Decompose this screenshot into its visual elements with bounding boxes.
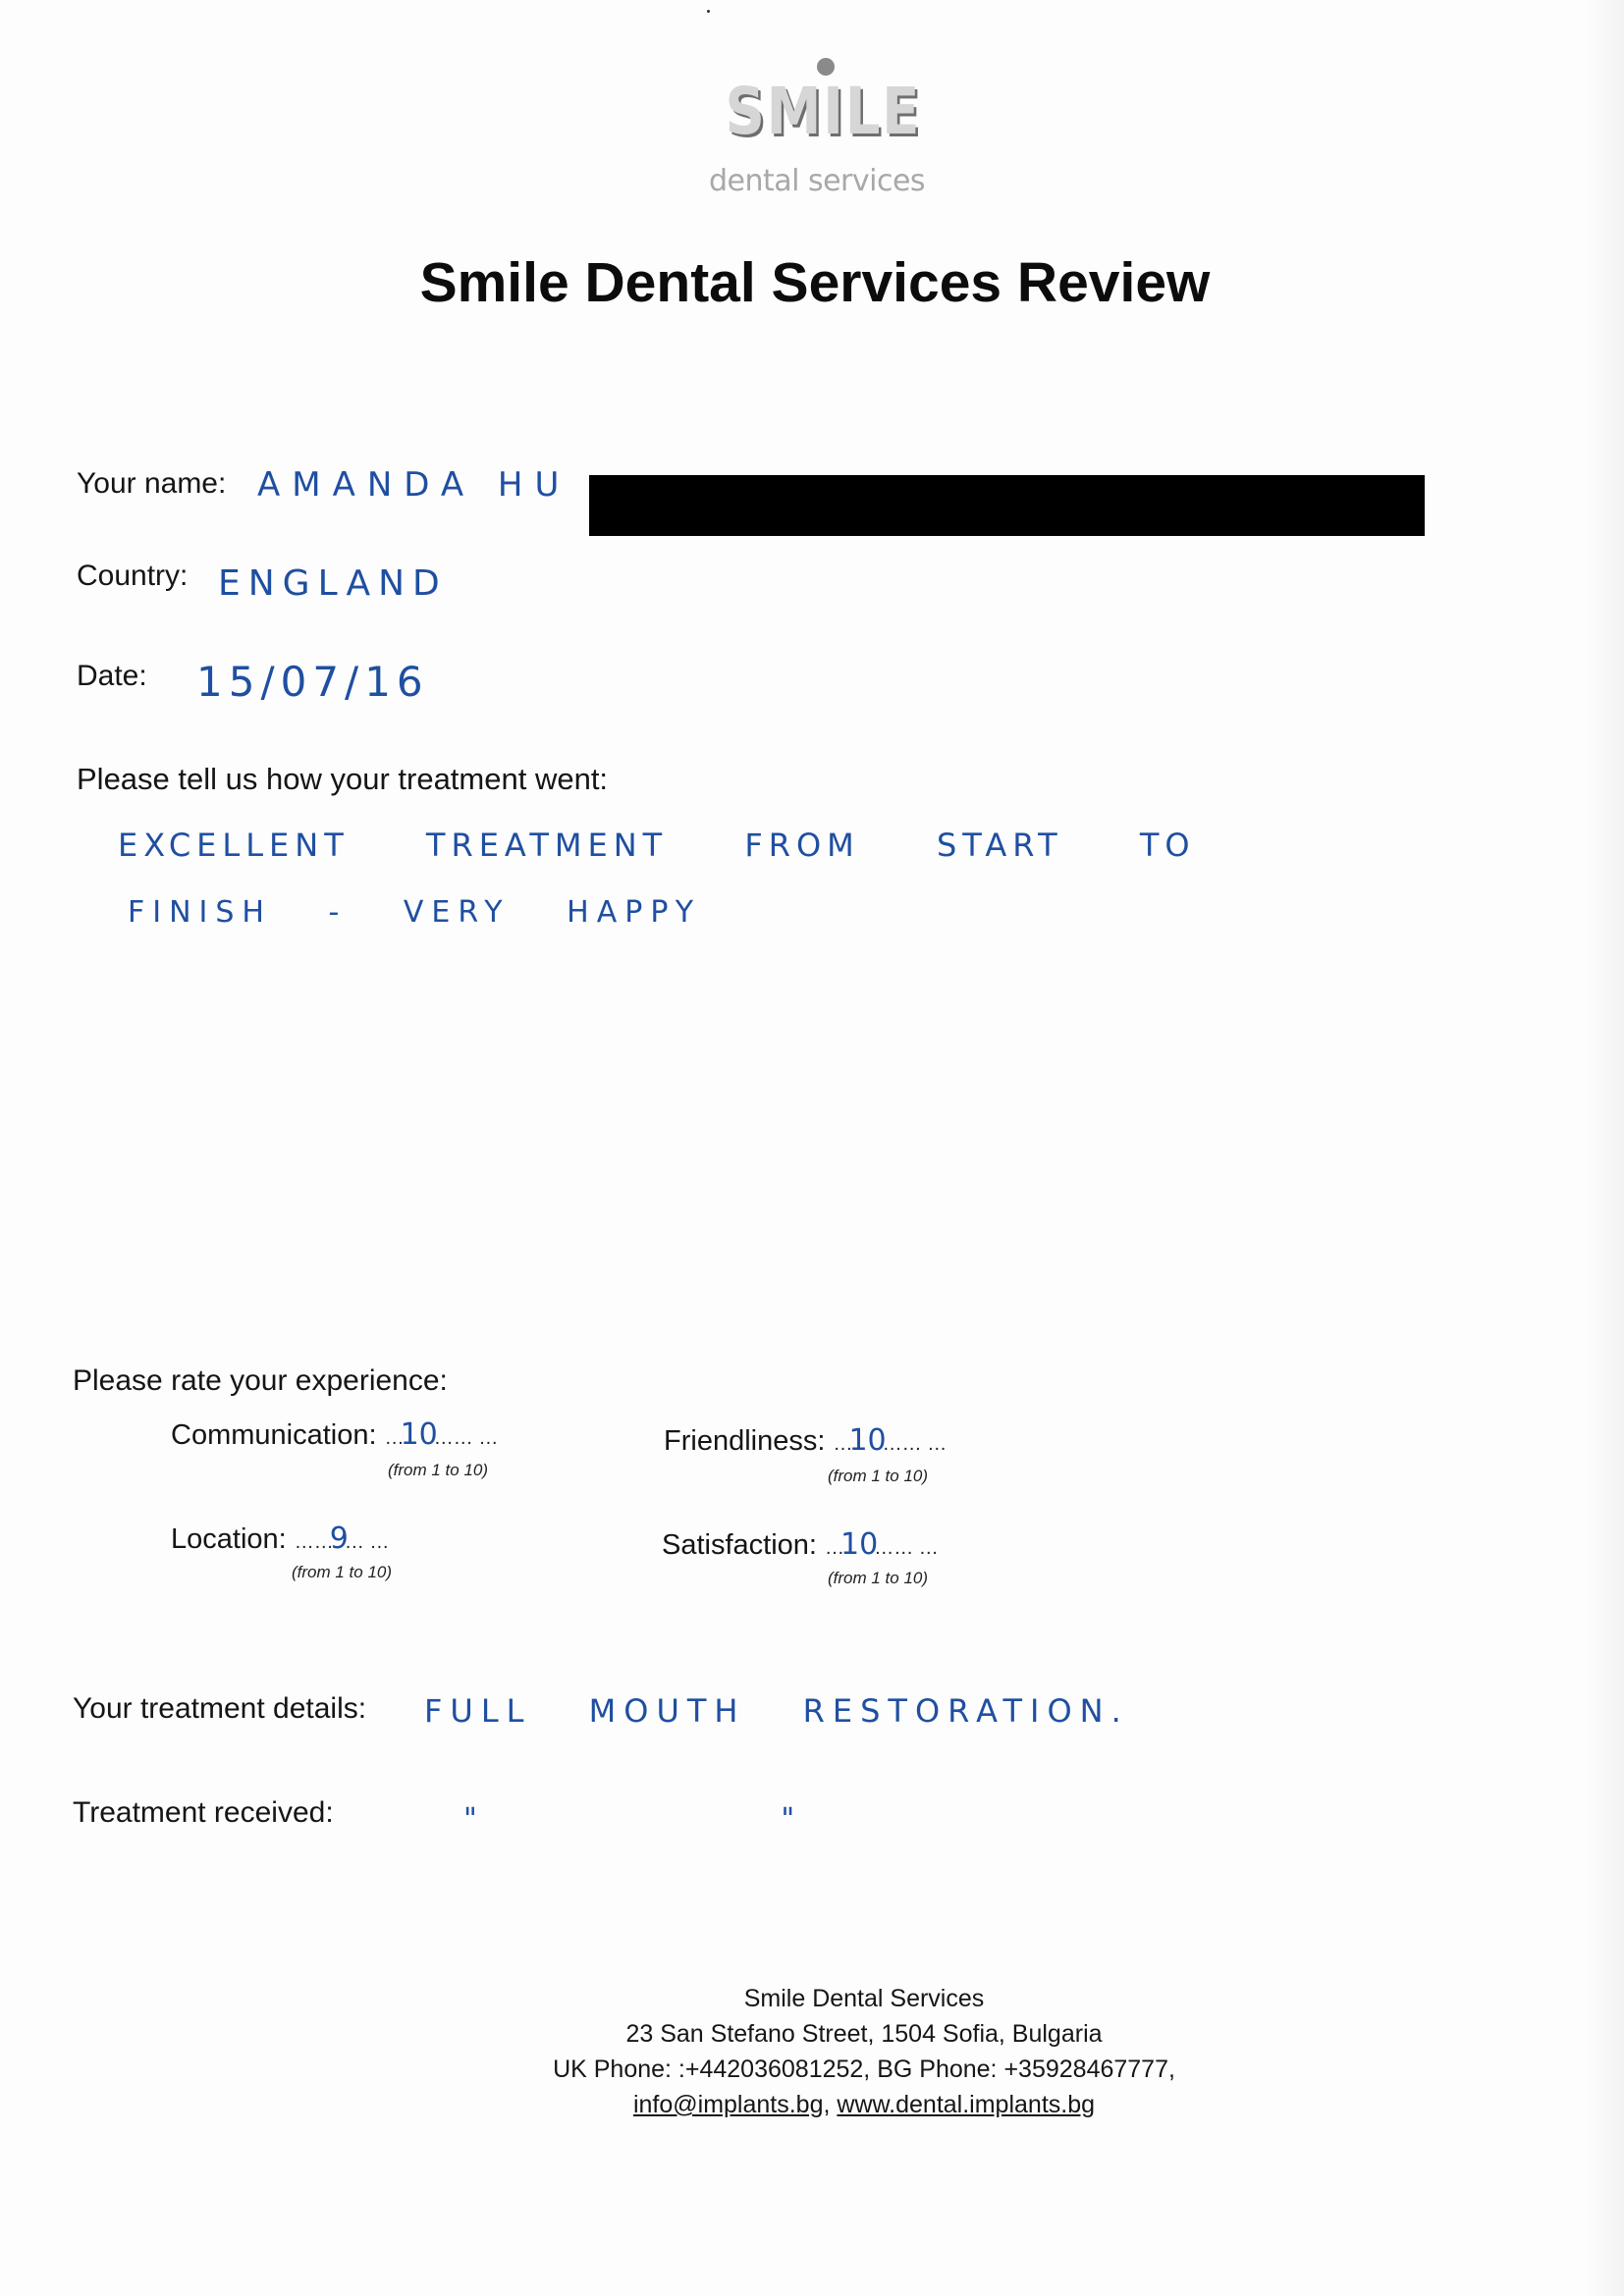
footer-address: 23 San Stefano Street, 1504 Sofia, Bulga… [0, 2016, 1624, 2052]
scan-speck [707, 10, 710, 13]
rating-friendliness-hint: (from 1 to 10) [828, 1467, 928, 1486]
date-value: 15/07/16 [196, 658, 429, 706]
rating-friendliness: Friendliness: …10…… … [664, 1423, 947, 1458]
name-value: AMANDA HU [257, 465, 570, 505]
country-value: ENGLAND [218, 563, 448, 604]
feedback-prompt: Please tell us how your treatment went: [77, 762, 608, 797]
footer-website-link[interactable]: www.dental.implants.bg [837, 2091, 1095, 2118]
feedback-line-2: FINISH - VERY HAPPY [128, 895, 701, 930]
footer-company: Smile Dental Services [0, 1981, 1624, 2016]
rating-friendliness-label: Friendliness: [664, 1425, 825, 1457]
rating-communication-label: Communication: [171, 1419, 377, 1451]
name-label: Your name: [77, 467, 226, 501]
feedback-line-1: EXCELLENT TREATMENT FROM START TO [118, 827, 1196, 864]
rating-communication-value: 10 [401, 1417, 438, 1452]
footer-link-separator: , [823, 2091, 837, 2118]
page-edge-shadow [1585, 0, 1624, 2296]
treatment-details-value: FULL MOUTH RESTORATION. [424, 1692, 1129, 1730]
treatment-received-value: " " [463, 1802, 942, 1837]
logo-subtitle: dental services [699, 164, 935, 198]
rating-communication: Communication: …10…… … [171, 1417, 498, 1452]
treatment-details-label: Your treatment details: [73, 1692, 366, 1726]
date-label: Date: [77, 660, 147, 693]
rating-friendliness-value: 10 [848, 1423, 886, 1458]
country-label: Country: [77, 560, 188, 593]
logo-wordmark: SMILE [726, 74, 909, 149]
rating-satisfaction-hint: (from 1 to 10) [828, 1569, 928, 1588]
footer-phones: UK Phone: :+442036081252, BG Phone: +359… [0, 2052, 1624, 2087]
rating-satisfaction-value: 10 [840, 1527, 878, 1562]
rating-satisfaction-label: Satisfaction: [662, 1529, 817, 1561]
rating-location-hint: (from 1 to 10) [292, 1563, 392, 1582]
rating-location-value: 9 [330, 1522, 349, 1556]
footer-links: info@implants.bg, www.dental.implants.bg [0, 2087, 1624, 2122]
rating-satisfaction: Satisfaction: …10…… … [662, 1527, 939, 1562]
smile-logo: SMILE dental services [699, 54, 935, 201]
rating-location-label: Location: [171, 1523, 287, 1555]
page-title: Smile Dental Services Review [0, 250, 1624, 315]
ratings-prompt: Please rate your experience: [73, 1364, 448, 1398]
footer-contact: Smile Dental Services 23 San Stefano Str… [0, 1981, 1624, 2122]
name-redaction-bar [589, 475, 1425, 536]
rating-communication-hint: (from 1 to 10) [388, 1461, 488, 1480]
rating-location: Location: ……9… … [171, 1522, 389, 1556]
treatment-received-label: Treatment received: [73, 1796, 334, 1830]
footer-email-link[interactable]: info@implants.bg [633, 2091, 824, 2118]
